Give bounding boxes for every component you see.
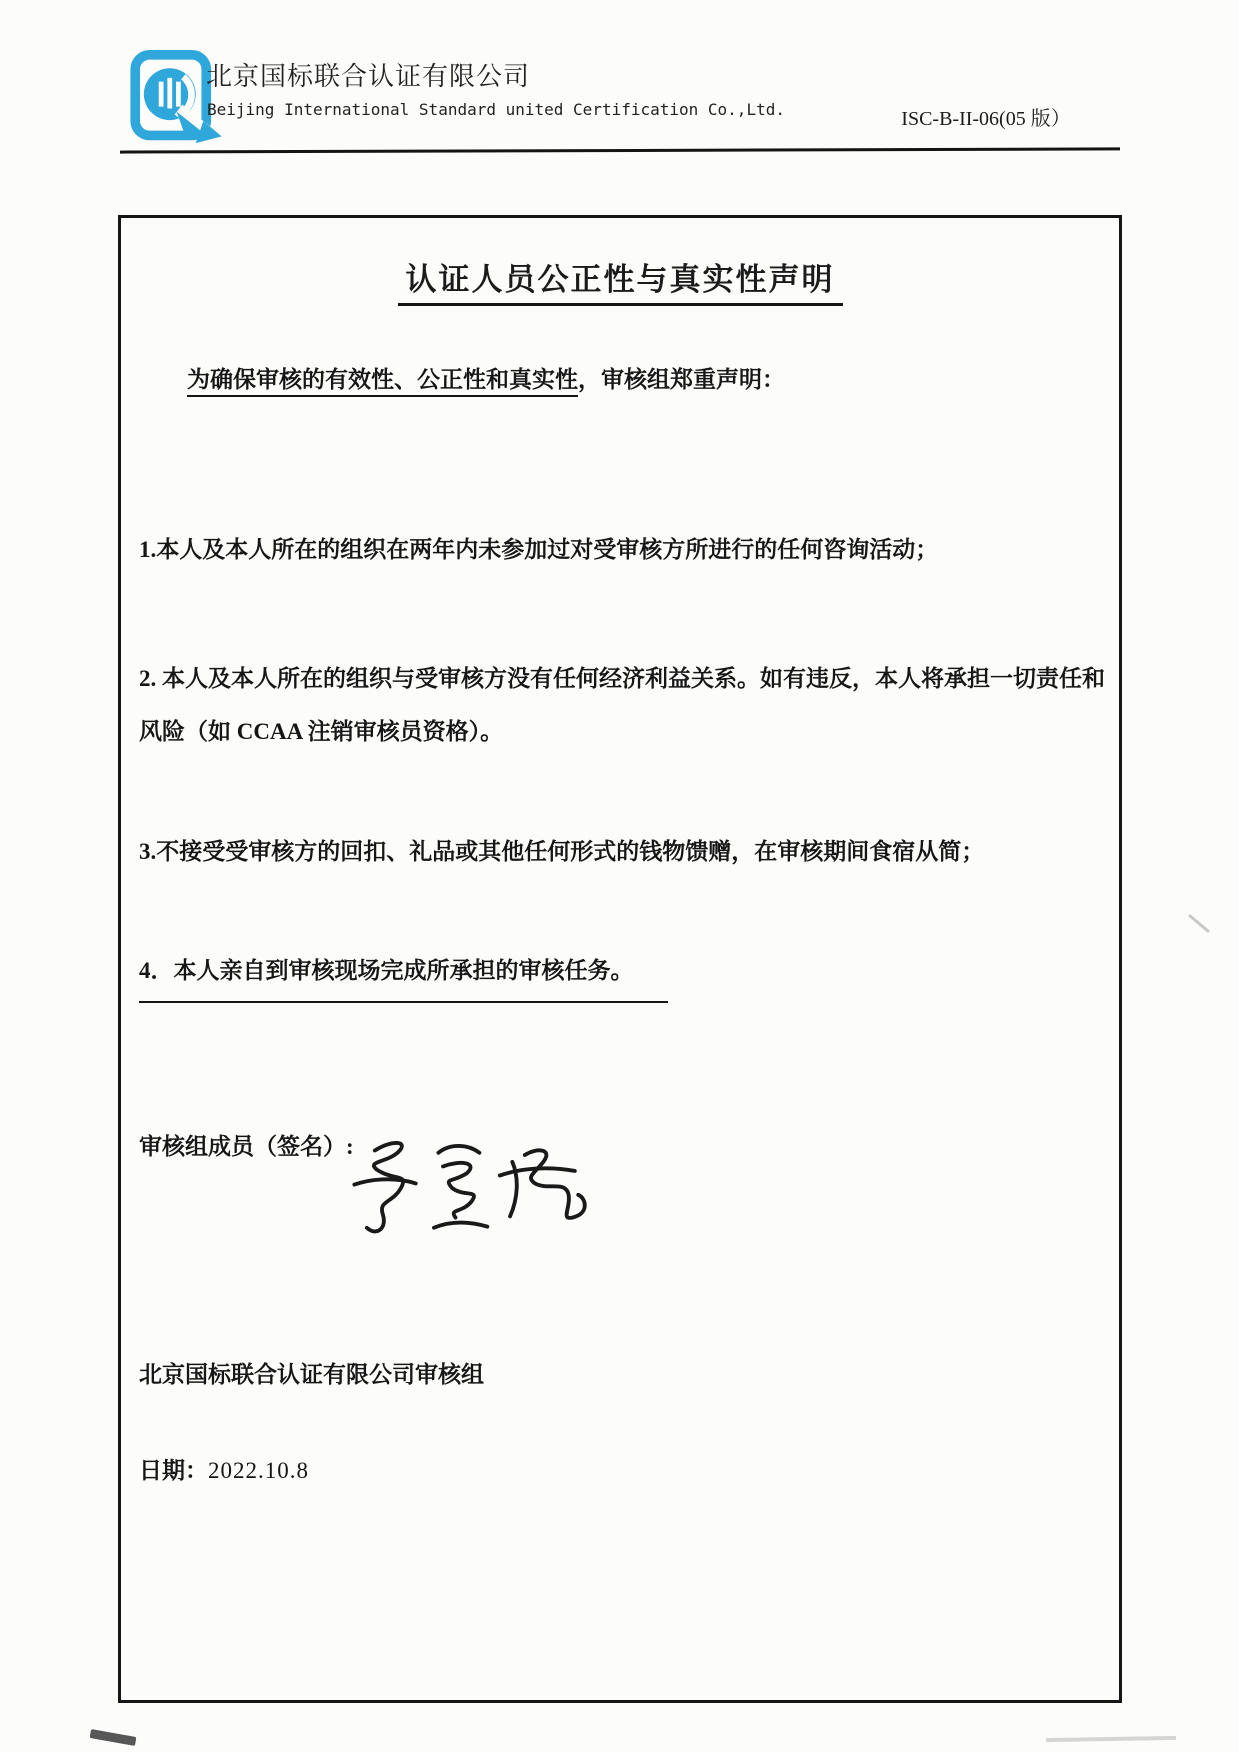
intro-line: 为确保审核的有效性、公正性和真实性，审核组郑重声明： <box>139 354 1107 407</box>
header-divider <box>120 147 1120 153</box>
date-line: 日期：2022.10.8 <box>139 1445 1107 1498</box>
audit-team-name: 北京国标联合认证有限公司审核组 <box>139 1349 1107 1402</box>
date-label: 日期： <box>139 1458 208 1483</box>
declaration-item-4-text: 4．本人亲自到审核现场完成所承担的审核任务。 <box>139 945 668 1003</box>
scan-artifact-right-edge <box>1188 914 1210 933</box>
declaration-box: 认证人员公正性与真实性声明 为确保审核的有效性、公正性和真实性，审核组郑重声明：… <box>118 215 1122 1703</box>
declaration-item-3: 3.不接受受审核方的回扣、礼品或其他任何形式的钱物馈赠，在审核期间食宿从简； <box>139 826 1107 879</box>
document-code: ISC-B-II-06(05 版） <box>836 102 1136 131</box>
scan-artifact-bottom-left <box>90 1729 137 1746</box>
date-value: 2022.10.8 <box>208 1458 309 1483</box>
company-name-cn: 北京国标联合认证有限公司 <box>206 56 530 93</box>
company-name-en: Beijing International Standard united Ce… <box>207 100 785 119</box>
page-title: 认证人员公正性与真实性声明 <box>121 254 1119 306</box>
document-page: 北京国标联合认证有限公司 Beijing International Stand… <box>0 0 1239 1752</box>
declaration-item-4: 4．本人亲自到审核现场完成所承担的审核任务。 <box>139 945 1107 1003</box>
declaration-item-1: 1.本人及本人所在的组织在两年内未参加过对受审核方所进行的任何咨询活动； <box>139 524 1107 577</box>
page-title-text: 认证人员公正性与真实性声明 <box>398 254 843 306</box>
intro-underlined-text: 为确保审核的有效性、公正性和真实性 <box>187 367 578 397</box>
signature-label: 审核组成员（签名）: <box>139 1121 1107 1174</box>
declaration-item-2: 2. 本人及本人所在的组织与受审核方没有任何经济利益关系。如有违反，本人将承担一… <box>139 653 1107 759</box>
scan-artifact-bottom-right <box>1046 1736 1176 1742</box>
intro-rest-text: ，审核组郑重声明： <box>578 367 785 392</box>
signature-handwriting <box>343 1123 593 1253</box>
